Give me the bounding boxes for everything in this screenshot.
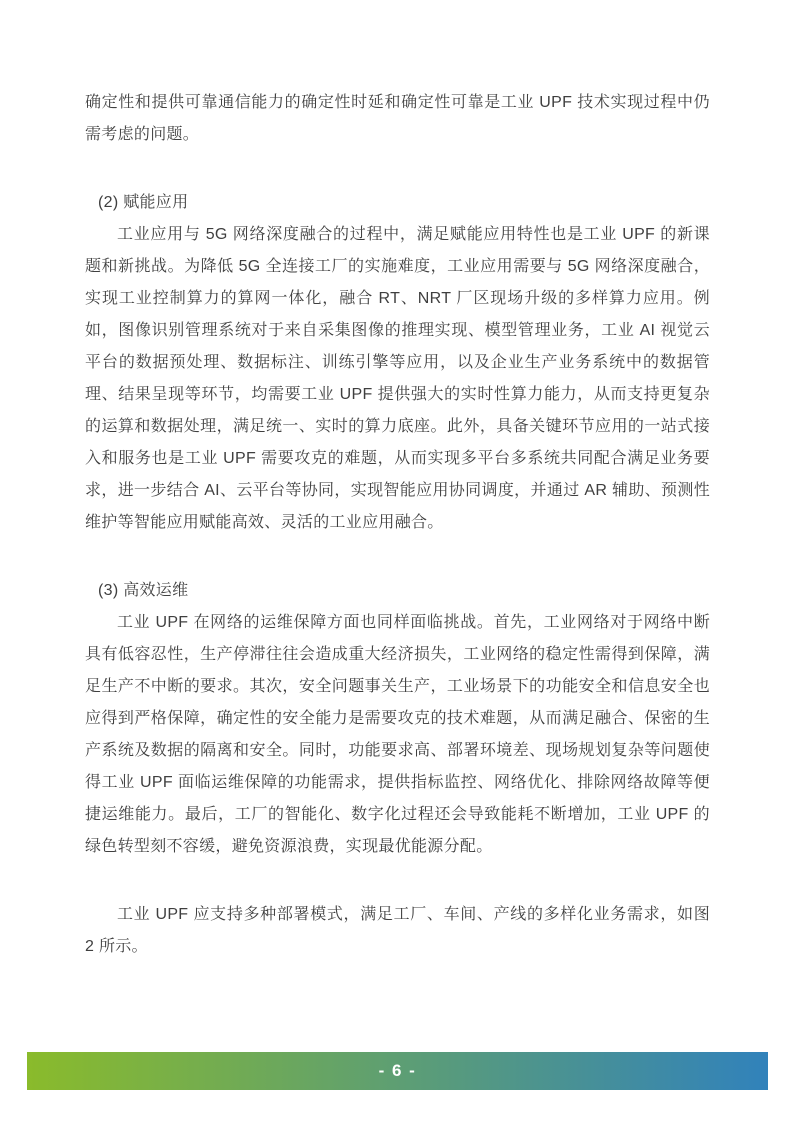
footer-page-bar: - 6 - <box>27 1052 768 1090</box>
document-body: 确定性和提供可靠通信能力的确定性时延和确定性可靠是工业 UPF 技术实现过程中仍… <box>85 87 710 963</box>
paragraph-efficient-operations: 工业 UPF 在网络的运维保障方面也同样面临挑战。首先，工业网络对于网络中断具有… <box>85 607 710 863</box>
section-heading-efficient-operations: (3) 高效运维 <box>85 575 710 607</box>
paragraph-determinism-continuation: 确定性和提供可靠通信能力的确定性时延和确定性可靠是工业 UPF 技术实现过程中仍… <box>85 87 710 151</box>
document-page: 确定性和提供可靠通信能力的确定性时延和确定性可靠是工业 UPF 技术实现过程中仍… <box>0 0 794 1122</box>
paragraph-enabling-applications: 工业应用与 5G 网络深度融合的过程中，满足赋能应用特性也是工业 UPF 的新课… <box>85 219 710 539</box>
paragraph-deployment-modes: 工业 UPF 应支持多种部署模式，满足工厂、车间、产线的多样化业务需求，如图 2… <box>85 899 710 963</box>
section-heading-enabling-applications: (2) 赋能应用 <box>85 187 710 219</box>
page-number: - 6 - <box>379 1061 417 1081</box>
